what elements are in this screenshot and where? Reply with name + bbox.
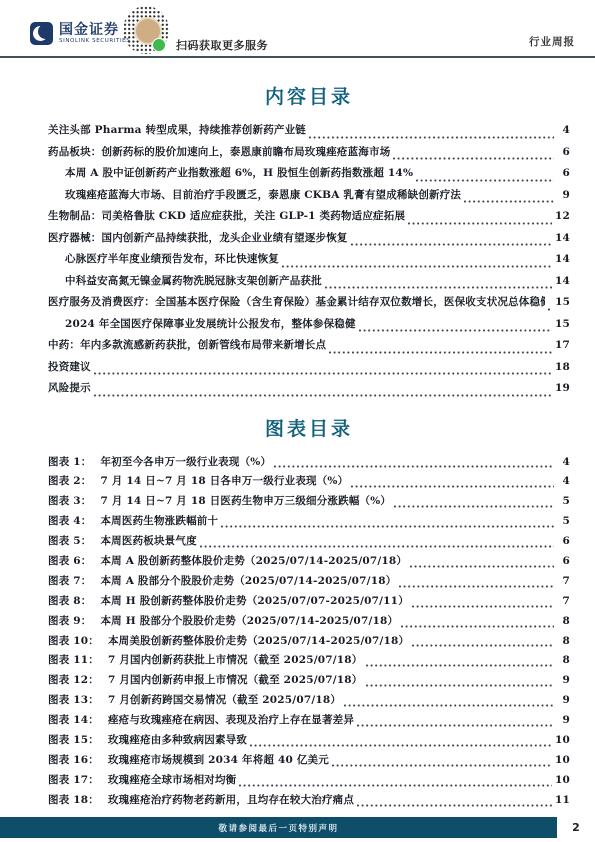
dot-leader bbox=[200, 545, 554, 548]
dot-leader bbox=[359, 329, 552, 332]
entry-page-number: 10 bbox=[555, 774, 570, 786]
entry-page-number: 8 bbox=[557, 615, 570, 627]
entry-title: 医疗服务及消费医疗：全国基本医疗保险（含生育保险）基金累计结存双位数增长，医保收… bbox=[48, 294, 545, 309]
dot-leader bbox=[94, 394, 552, 397]
content-toc-entry[interactable]: 风险提示19 bbox=[48, 380, 570, 402]
dot-leader bbox=[408, 222, 552, 225]
figure-label: 图表 1： bbox=[48, 454, 91, 469]
dot-leader bbox=[309, 136, 554, 139]
content-toc-title: 内容目录 bbox=[48, 84, 570, 110]
dot-leader bbox=[329, 351, 552, 354]
figure-toc-entry[interactable]: 图表 15：玫瑰痤疮由多种致病因素导致10 bbox=[48, 732, 570, 752]
entry-page-number: 9 bbox=[557, 189, 570, 201]
entry-page-number: 8 bbox=[557, 654, 570, 666]
dot-leader bbox=[282, 265, 552, 268]
figure-label: 图表 12： bbox=[48, 672, 99, 687]
footer-disclaimer-bar: 敬请参阅最后一页特别声明 bbox=[0, 817, 557, 838]
figure-toc-entry[interactable]: 图表 17：玫瑰痤疮全球市场相对均衡10 bbox=[48, 772, 570, 792]
toc-body: 内容目录 关注头部 Pharma 转型成果，持续推荐创新药产业链4药品板块：创新… bbox=[0, 84, 595, 812]
brand-text: 国金证券 SINOLINK SECURITIES bbox=[59, 23, 130, 45]
dot-leader bbox=[416, 179, 554, 182]
entry-page-number: 10 bbox=[555, 754, 570, 766]
entry-page-number: 6 bbox=[557, 167, 570, 179]
entry-page-number: 18 bbox=[555, 361, 570, 373]
figure-toc-entry[interactable]: 图表 14：痤疮与玫瑰痤疮在病因、表现及治疗上存在显著差异9 bbox=[48, 712, 570, 732]
entry-page-number: 15 bbox=[555, 318, 570, 330]
entry-title: 医疗器械：国内创新产品持续获批，龙头企业业绩有望逐步恢复 bbox=[48, 230, 348, 245]
content-toc-entry[interactable]: 医疗服务及消费医疗：全国基本医疗保险（含生育保险）基金累计结存双位数增长，医保收… bbox=[48, 294, 570, 316]
dot-leader bbox=[94, 372, 552, 375]
entry-title: 玫瑰痤疮市场规模到 2034 年将超 40 亿美元 bbox=[108, 752, 329, 767]
entry-title: 本周 H 股部分个股股价走势（2025/07/14-2025/07/18） bbox=[100, 613, 398, 628]
figure-label: 图表 15： bbox=[48, 732, 99, 747]
entry-page-number: 7 bbox=[557, 595, 570, 607]
entry-title: 中药：年内多款流感新药获批，创新管线布局带来新增长点 bbox=[48, 337, 326, 352]
content-toc-entry[interactable]: 药品板块：创新药标的股价加速向上，泰恩康前瞻布局玫瑰痤疮蓝海市场6 bbox=[48, 144, 570, 166]
report-page: 国金证券 SINOLINK SECURITIES 扫码获取更多服务 行业周报 内… bbox=[0, 0, 595, 842]
figure-toc-entry[interactable]: 图表 7：本周 A 股部分个股股价走势（2025/07/14-2025/07/1… bbox=[48, 573, 570, 593]
figure-toc-entry[interactable]: 图表 11：7 月国内创新药获批上市情况（截至 2025/07/18）8 bbox=[48, 652, 570, 672]
dot-leader bbox=[394, 505, 554, 508]
figure-label: 图表 7： bbox=[48, 573, 91, 588]
figure-toc-entry[interactable]: 图表 8：本周 H 股创新药整体股价走势（2025/07/07-2025/07/… bbox=[48, 593, 570, 613]
entry-title: 玫瑰痤疮由多种致病因素导致 bbox=[108, 732, 247, 747]
entry-page-number: 5 bbox=[557, 495, 570, 507]
figure-label: 图表 3： bbox=[48, 493, 91, 508]
figure-label: 图表 16： bbox=[48, 752, 99, 767]
report-type-label: 行业周报 bbox=[529, 34, 575, 49]
entry-title: 7 月 14 日~7 月 18 日医药生物申万三级细分涨跌幅（%） bbox=[100, 493, 391, 508]
entry-page-number: 17 bbox=[555, 339, 570, 351]
entry-title: 风险提示 bbox=[48, 380, 91, 395]
entry-title: 本周 H 股创新药整体股价走势（2025/07/07-2025/07/11） bbox=[100, 593, 408, 608]
content-toc-entry[interactable]: 玫瑰痤疮蓝海大市场、目前治疗手段匮乏，泰恩康 CKBA 乳膏有望成稀缺创新疗法9 bbox=[48, 187, 570, 209]
entry-title: 7 月国内创新药申报上市情况（截至 2025/07/18） bbox=[108, 672, 363, 687]
entry-title: 痤疮与玫瑰痤疮在病因、表现及治疗上存在显著差异 bbox=[108, 712, 354, 727]
entry-title: 年初至今各申万一级行业表现（%） bbox=[100, 454, 271, 469]
entry-page-number: 12 bbox=[555, 210, 570, 222]
dot-leader bbox=[548, 308, 552, 311]
brand-name-en: SINOLINK SECURITIES bbox=[59, 38, 130, 45]
entry-title: 玫瑰痤疮治疗药物老药新用，且均存在较大治疗痛点 bbox=[108, 792, 354, 807]
figure-label: 图表 2： bbox=[48, 473, 91, 488]
figure-toc-entry[interactable]: 图表 16：玫瑰痤疮市场规模到 2034 年将超 40 亿美元10 bbox=[48, 752, 570, 772]
content-toc-entry[interactable]: 2024 年全国医疗保障事业发展统计公报发布，整体参保稳健15 bbox=[48, 316, 570, 338]
entry-page-number: 4 bbox=[557, 475, 570, 487]
figure-label: 图表 6： bbox=[48, 553, 91, 568]
entry-title: 药品板块：创新药标的股价加速向上，泰恩康前瞻布局玫瑰痤疮蓝海市场 bbox=[48, 144, 390, 159]
figure-toc-entry[interactable]: 图表 2：7 月 14 日~7 月 18 日各申万一级行业表现（%）4 bbox=[48, 473, 570, 493]
figure-toc-entry[interactable]: 图表 9：本周 H 股部分个股股价走势（2025/07/14-2025/07/1… bbox=[48, 613, 570, 633]
dot-leader bbox=[410, 565, 554, 568]
content-toc-entry[interactable]: 中科益安高氮无镍金属药物洗脱冠脉支架创新产品获批14 bbox=[48, 273, 570, 295]
figure-label: 图表 8： bbox=[48, 593, 91, 608]
sinolink-logo-icon bbox=[30, 22, 53, 45]
figure-label: 图表 4： bbox=[48, 513, 91, 528]
figure-label: 图表 18： bbox=[48, 792, 99, 807]
entry-page-number: 9 bbox=[557, 694, 570, 706]
dot-leader bbox=[239, 784, 552, 787]
entry-page-number: 7 bbox=[557, 575, 570, 587]
entry-page-number: 4 bbox=[557, 456, 570, 468]
entry-title: 本周医药板块景气度 bbox=[100, 533, 196, 548]
brand-logo: 国金证券 SINOLINK SECURITIES bbox=[30, 22, 130, 45]
entry-title: 玫瑰痤疮蓝海大市场、目前治疗手段匮乏，泰恩康 CKBA 乳膏有望成稀缺创新疗法 bbox=[65, 187, 461, 202]
entry-title: 中科益安高氮无镍金属药物洗脱冠脉支架创新产品获批 bbox=[65, 273, 322, 288]
figure-toc-entry[interactable]: 图表 12：7 月国内创新药申报上市情况（截至 2025/07/18）9 bbox=[48, 672, 570, 692]
dot-leader bbox=[357, 804, 552, 807]
dot-leader bbox=[325, 286, 552, 289]
dot-leader bbox=[221, 525, 554, 528]
entry-title: 本周 A 股创新药整体股价走势（2025/07/14-2025/07/18） bbox=[100, 553, 407, 568]
entry-page-number: 14 bbox=[555, 275, 570, 287]
dot-leader bbox=[366, 684, 554, 687]
dot-leader bbox=[464, 200, 554, 203]
entry-page-number: 4 bbox=[557, 124, 570, 136]
figure-toc-entry[interactable]: 图表 18：玫瑰痤疮治疗药物老药新用，且均存在较大治疗痛点11 bbox=[48, 792, 570, 812]
entry-page-number: 14 bbox=[555, 253, 570, 265]
entry-title: 关注头部 Pharma 转型成果，持续推荐创新药产业链 bbox=[48, 122, 306, 137]
figure-label: 图表 11： bbox=[48, 652, 99, 667]
entry-page-number: 6 bbox=[557, 146, 570, 158]
dot-leader bbox=[351, 243, 552, 246]
content-toc-entry[interactable]: 关注头部 Pharma 转型成果，持续推荐创新药产业链4 bbox=[48, 122, 570, 144]
dot-leader bbox=[412, 605, 554, 608]
figure-toc-entry[interactable]: 图表 4：本周医药生物涨跌幅前十5 bbox=[48, 513, 570, 533]
figure-toc-entry[interactable]: 图表 1：年初至今各申万一级行业表现（%）4 bbox=[48, 454, 570, 474]
entry-title: 本周医药生物涨跌幅前十 bbox=[100, 513, 218, 528]
entry-page-number: 10 bbox=[555, 734, 570, 746]
entry-page-number: 8 bbox=[557, 635, 570, 647]
entry-page-number: 6 bbox=[557, 535, 570, 547]
content-toc-entry[interactable]: 医疗器械：国内创新产品持续获批，龙头企业业绩有望逐步恢复14 bbox=[48, 230, 570, 252]
entry-title: 心脉医疗半年度业绩预告发布，环比快速恢复 bbox=[65, 251, 279, 266]
entry-page-number: 9 bbox=[557, 714, 570, 726]
dot-leader bbox=[250, 744, 552, 747]
entry-title: 投资建议 bbox=[48, 359, 91, 374]
entry-page-number: 19 bbox=[555, 382, 570, 394]
content-toc-entry[interactable]: 中药：年内多款流感新药获批，创新管线布局带来新增长点17 bbox=[48, 337, 570, 359]
entry-page-number: 6 bbox=[557, 555, 570, 567]
entry-title: 本周 A 股部分个股股价走势（2025/07/14-2025/07/18） bbox=[100, 573, 396, 588]
dot-leader bbox=[357, 724, 554, 727]
dot-leader bbox=[332, 764, 552, 767]
footer-disclaimer: 敬请参阅最后一页特别声明 bbox=[218, 822, 338, 834]
dot-leader bbox=[412, 644, 554, 647]
content-toc-list: 关注头部 Pharma 转型成果，持续推荐创新药产业链4药品板块：创新药标的股价… bbox=[48, 122, 570, 402]
entry-page-number: 14 bbox=[555, 232, 570, 244]
figure-label: 图表 13： bbox=[48, 692, 99, 707]
entry-page-number: 5 bbox=[557, 515, 570, 527]
content-toc-entry[interactable]: 生物制品：司美格鲁肽 CKD 适应症获批，关注 GLP-1 类药物适应症拓展12 bbox=[48, 208, 570, 230]
figure-toc-entry[interactable]: 图表 6：本周 A 股创新药整体股价走势（2025/07/14-2025/07/… bbox=[48, 553, 570, 573]
brand-name-cn: 国金证券 bbox=[59, 23, 130, 38]
figure-toc-title: 图表目录 bbox=[48, 416, 570, 442]
content-toc-entry[interactable]: 投资建议18 bbox=[48, 359, 570, 381]
entry-title: 本周 A 股中证创新药产业指数涨超 6%，H 股恒生创新药指数涨超 14% bbox=[65, 165, 413, 180]
entry-page-number: 15 bbox=[555, 296, 570, 308]
figure-label: 图表 10： bbox=[48, 633, 99, 648]
footer-page-number: 2 bbox=[557, 817, 595, 838]
entry-title: 玫瑰痤疮全球市场相对均衡 bbox=[108, 772, 236, 787]
dot-leader bbox=[351, 485, 554, 488]
dot-leader bbox=[274, 465, 554, 468]
qr-code-icon bbox=[123, 6, 169, 54]
content-toc-entry[interactable]: 本周 A 股中证创新药产业指数涨超 6%，H 股恒生创新药指数涨超 14%6 bbox=[48, 165, 570, 187]
figure-toc-entry[interactable]: 图表 5：本周医药板块景气度6 bbox=[48, 533, 570, 553]
figure-toc-entry[interactable]: 图表 3：7 月 14 日~7 月 18 日医药生物申万三级细分涨跌幅（%）5 bbox=[48, 493, 570, 513]
dot-leader bbox=[344, 704, 554, 707]
figure-label: 图表 14： bbox=[48, 712, 99, 727]
figure-toc-entry[interactable]: 图表 10：本周美股创新药整体股价走势（2025/07/14-2025/07/1… bbox=[48, 633, 570, 653]
entry-title: 7 月创新药跨国交易情况（截至 2025/07/18） bbox=[108, 692, 341, 707]
dot-leader bbox=[399, 585, 554, 588]
entry-title: 7 月国内创新药获批上市情况（截至 2025/07/18） bbox=[108, 652, 363, 667]
entry-title: 7 月 14 日~7 月 18 日各申万一级行业表现（%） bbox=[100, 473, 348, 488]
figure-toc-list: 图表 1：年初至今各申万一级行业表现（%）4图表 2：7 月 14 日~7 月 … bbox=[48, 454, 570, 812]
entry-page-number: 11 bbox=[555, 794, 570, 806]
dot-leader bbox=[366, 664, 554, 667]
entry-title: 本周美股创新药整体股价走势（2025/07/14-2025/07/18） bbox=[108, 633, 409, 648]
dot-leader bbox=[393, 157, 554, 160]
content-toc-entry[interactable]: 心脉医疗半年度业绩预告发布，环比快速恢复14 bbox=[48, 251, 570, 273]
entry-page-number: 9 bbox=[557, 674, 570, 686]
figure-toc-entry[interactable]: 图表 13：7 月创新药跨国交易情况（截至 2025/07/18）9 bbox=[48, 692, 570, 712]
entry-title: 2024 年全国医疗保障事业发展统计公报发布，整体参保稳健 bbox=[65, 316, 356, 331]
figure-label: 图表 5： bbox=[48, 533, 91, 548]
dot-leader bbox=[401, 625, 554, 628]
page-header: 国金证券 SINOLINK SECURITIES 扫码获取更多服务 行业周报 bbox=[0, 0, 595, 58]
figure-label: 图表 9： bbox=[48, 613, 91, 628]
qr-caption: 扫码获取更多服务 bbox=[176, 37, 268, 53]
figure-label: 图表 17： bbox=[48, 772, 99, 787]
entry-title: 生物制品：司美格鲁肽 CKD 适应症获批，关注 GLP-1 类药物适应症拓展 bbox=[48, 208, 405, 223]
